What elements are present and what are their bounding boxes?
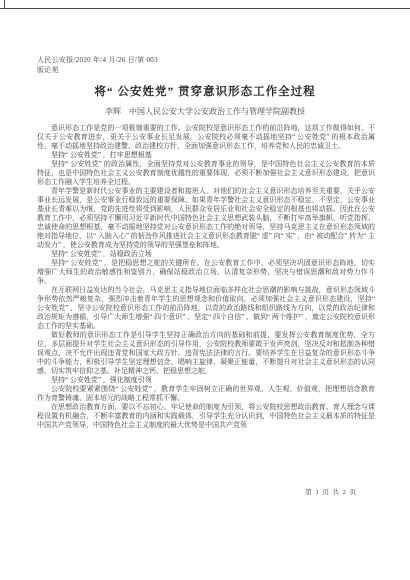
paragraph: 公安院校要紧紧围绕“ 公安姓党” ，教育学生牢固树立正确的世界观、人生观、价值观… <box>37 385 375 403</box>
paragraph: 坚持“ 公安姓党” 的政治属性，全面坚持党对公安教育事业的领导，是中国特色社会主… <box>37 160 375 187</box>
paragraph: 青年学警是新时代公安事业的主要建设者和接班人，对他们的社会主义意识形态培养至关重… <box>37 187 375 250</box>
section-line: 版论苑 <box>37 66 158 76</box>
page-number: 第 1 页 共 2 页 <box>305 487 357 496</box>
publication-info: 人民公安报/2020 年/4 月/26 日/第 003 版论苑 <box>37 56 158 75</box>
article-title: 将“ 公安姓党” 贯穿意识形态工作全过程 <box>0 83 410 99</box>
section-heading: 坚持“ 公安姓党” ，强化制度引领 <box>37 376 375 385</box>
paragraph: 在思想政治教育方面，要以不忘初心、牢记使命的制度为引领，将公安院校思想政治教育、… <box>37 403 375 430</box>
byline: 李辉 中国人民公安大学公安政治工作与管理学院副教授 <box>0 106 410 117</box>
section-heading: 坚持“ 公安姓党” ，打牢思想根基 <box>37 151 375 160</box>
paragraph: 坚持“ 公安姓党” ，是把稳思想之舵的关键所在。在公安教育工作中，必须坚决巩固意… <box>37 259 375 286</box>
scan-border-line <box>0 8 410 9</box>
scan-corner-mark <box>4 0 5 9</box>
paragraph: 在互联网日益发达的当今社会，马克思主义指导地位面临多样化社会思潮的影响与挑战，意… <box>37 286 375 331</box>
section-heading: 坚持“ 公安姓党” ，站稳政治立场 <box>37 250 375 259</box>
article-body: 意识形态工作是党的一项极端重要的工作。公安院校是意识形态工作的前沿阵地，这项工作… <box>37 124 375 430</box>
publication-line: 人民公安报/2020 年/4 月/26 日/第 003 <box>37 56 158 66</box>
paragraph: 做好教师的意识形态工作是引导学生坚持正确政治方向的基础和前提，要发挥公安教育制度… <box>37 331 375 376</box>
document-page: 人民公安报/2020 年/4 月/26 日/第 003 版论苑 将“ 公安姓党”… <box>0 0 410 580</box>
paragraph: 意识形态工作是党的一项极端重要的工作。公安院校是意识形态工作的前沿阵地，这项工作… <box>37 124 375 151</box>
